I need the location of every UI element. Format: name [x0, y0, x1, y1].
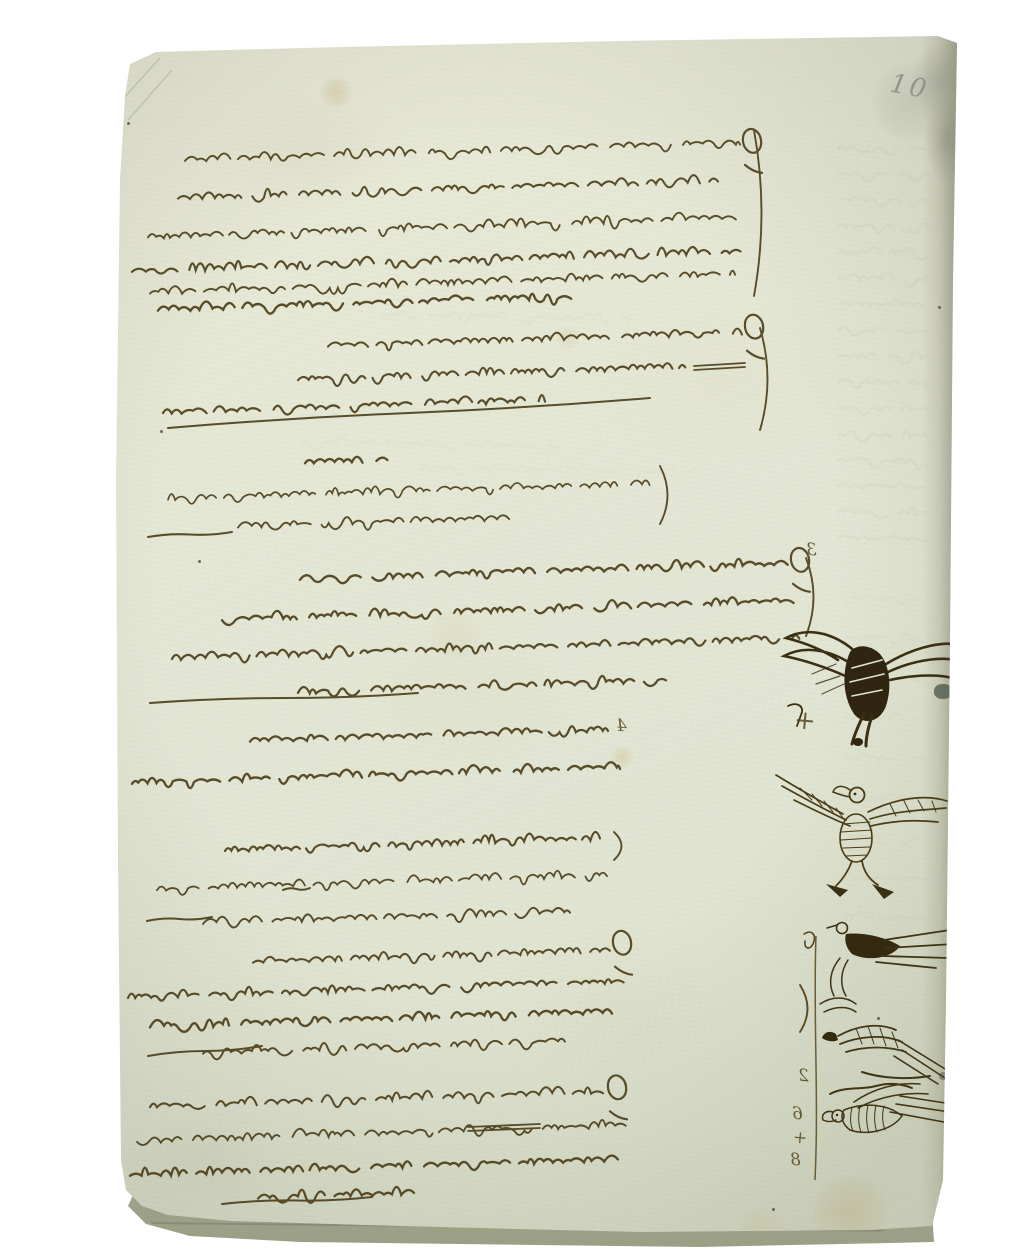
paragraph-bracket [614, 832, 622, 860]
handwriting-paragraph-2 [163, 315, 768, 430]
handwriting-line [148, 213, 736, 239]
handwriting-line [178, 175, 718, 202]
bird-sketch-flying-up [776, 775, 947, 899]
ghost-text-line [838, 507, 927, 518]
handwriting-line [157, 871, 607, 895]
ghost-text-line [838, 247, 928, 260]
handwriting-line [203, 1039, 565, 1060]
handwriting-line [250, 726, 608, 741]
margin-mark-3: 4 [615, 716, 628, 737]
handwriting-line [168, 480, 650, 503]
initial-letter-flourish [613, 931, 632, 975]
ink-layer [0, 0, 1033, 1260]
paragraph-bracket [660, 466, 668, 524]
ghost-text-line [838, 171, 928, 182]
handwriting-line [305, 457, 387, 464]
handwriting-line [185, 141, 740, 161]
paragraph-bracket [760, 328, 768, 430]
margin-rule-line [815, 936, 816, 1180]
handwriting-line [128, 979, 630, 1000]
handwriting-line [253, 948, 610, 963]
ghost-text-line [845, 596, 922, 604]
ghost-text-line [845, 753, 925, 762]
ghost-text-line [838, 145, 925, 154]
margin-mark-2: + [793, 705, 817, 737]
underline-stroke [222, 1197, 372, 1204]
handwriting-line [238, 515, 520, 529]
margin-mark-5: 6 [791, 1104, 804, 1125]
ghost-text-line [838, 458, 928, 469]
handwriting-line [150, 1087, 603, 1109]
handwriting-paragraph-1 [132, 129, 762, 314]
ghost-text-line [838, 536, 928, 541]
margin-mark-4: 2 [797, 1066, 810, 1087]
underline-stroke [148, 532, 232, 537]
handwriting-line [172, 635, 799, 662]
margin-mark-1: 3 [805, 540, 818, 561]
ghost-text-line [838, 299, 928, 307]
ghost-text-line [838, 351, 928, 363]
handwriting-line [222, 597, 798, 625]
handwriting-line [328, 329, 742, 351]
ghost-text-line [838, 197, 928, 206]
handwriting-line [225, 832, 600, 853]
margin-mark-7: 8 [789, 1150, 802, 1171]
handwriting-line [130, 1156, 618, 1176]
handwriting-line [137, 1120, 630, 1145]
handwriting-line [158, 294, 571, 314]
photo-background: 10 [0, 0, 1033, 1260]
margin-mark-6: + [792, 1127, 808, 1148]
underline-stroke [147, 917, 212, 921]
handwriting-paragraph-3 [148, 457, 668, 537]
handwriting-line [163, 395, 545, 415]
handwriting-paragraph-6 [147, 832, 622, 928]
ghost-text-line [838, 222, 928, 234]
paragraph-bracket [800, 985, 808, 1032]
misc-ink-marks [804, 932, 814, 948]
ghost-text-line [300, 437, 560, 452]
paragraph-bracket [754, 130, 762, 296]
ghost-text-line [845, 634, 923, 644]
handwriting-paragraph-7 [128, 931, 808, 1059]
ghost-text-line [838, 273, 928, 287]
initial-letter-flourish [608, 1075, 627, 1119]
handwriting-line [132, 762, 620, 788]
handwriting-line [150, 1009, 612, 1032]
underline-stroke [150, 693, 418, 703]
ghost-text-line [838, 379, 928, 388]
mirror-handwriting [128, 129, 816, 1204]
handwriting-line [132, 247, 741, 274]
handwriting-paragraph-4 [150, 548, 814, 703]
ghost-text-line [838, 327, 928, 336]
ghost-text-line [845, 835, 922, 846]
ghost-text-line [838, 483, 928, 489]
bird-sketch-darting-right [827, 923, 954, 997]
ghost-text-line [380, 312, 630, 325]
handwriting-line [150, 271, 735, 294]
ghost-text-line [420, 464, 700, 479]
handwriting-line [298, 363, 685, 386]
bird-sketch-gliding-left [823, 1084, 952, 1133]
underline-stroke [283, 888, 310, 890]
handwriting-line [298, 676, 666, 696]
strikethrough-stroke [694, 363, 745, 370]
handwriting-line [203, 908, 570, 928]
bleed-through-ghost-text [300, 145, 928, 921]
ghost-text-line [838, 405, 928, 415]
handwriting-paragraph-5 [132, 726, 620, 788]
initial-letter-flourish [745, 315, 764, 359]
bird-sketch-diving [820, 998, 950, 1084]
ghost-text-line [845, 912, 925, 921]
handwriting-line [300, 559, 788, 583]
ghost-text-line [845, 872, 925, 881]
manuscript-page: 10 [0, 0, 1033, 1260]
handwriting-paragraph-8 [130, 1075, 630, 1204]
ghost-text-line [838, 430, 928, 441]
